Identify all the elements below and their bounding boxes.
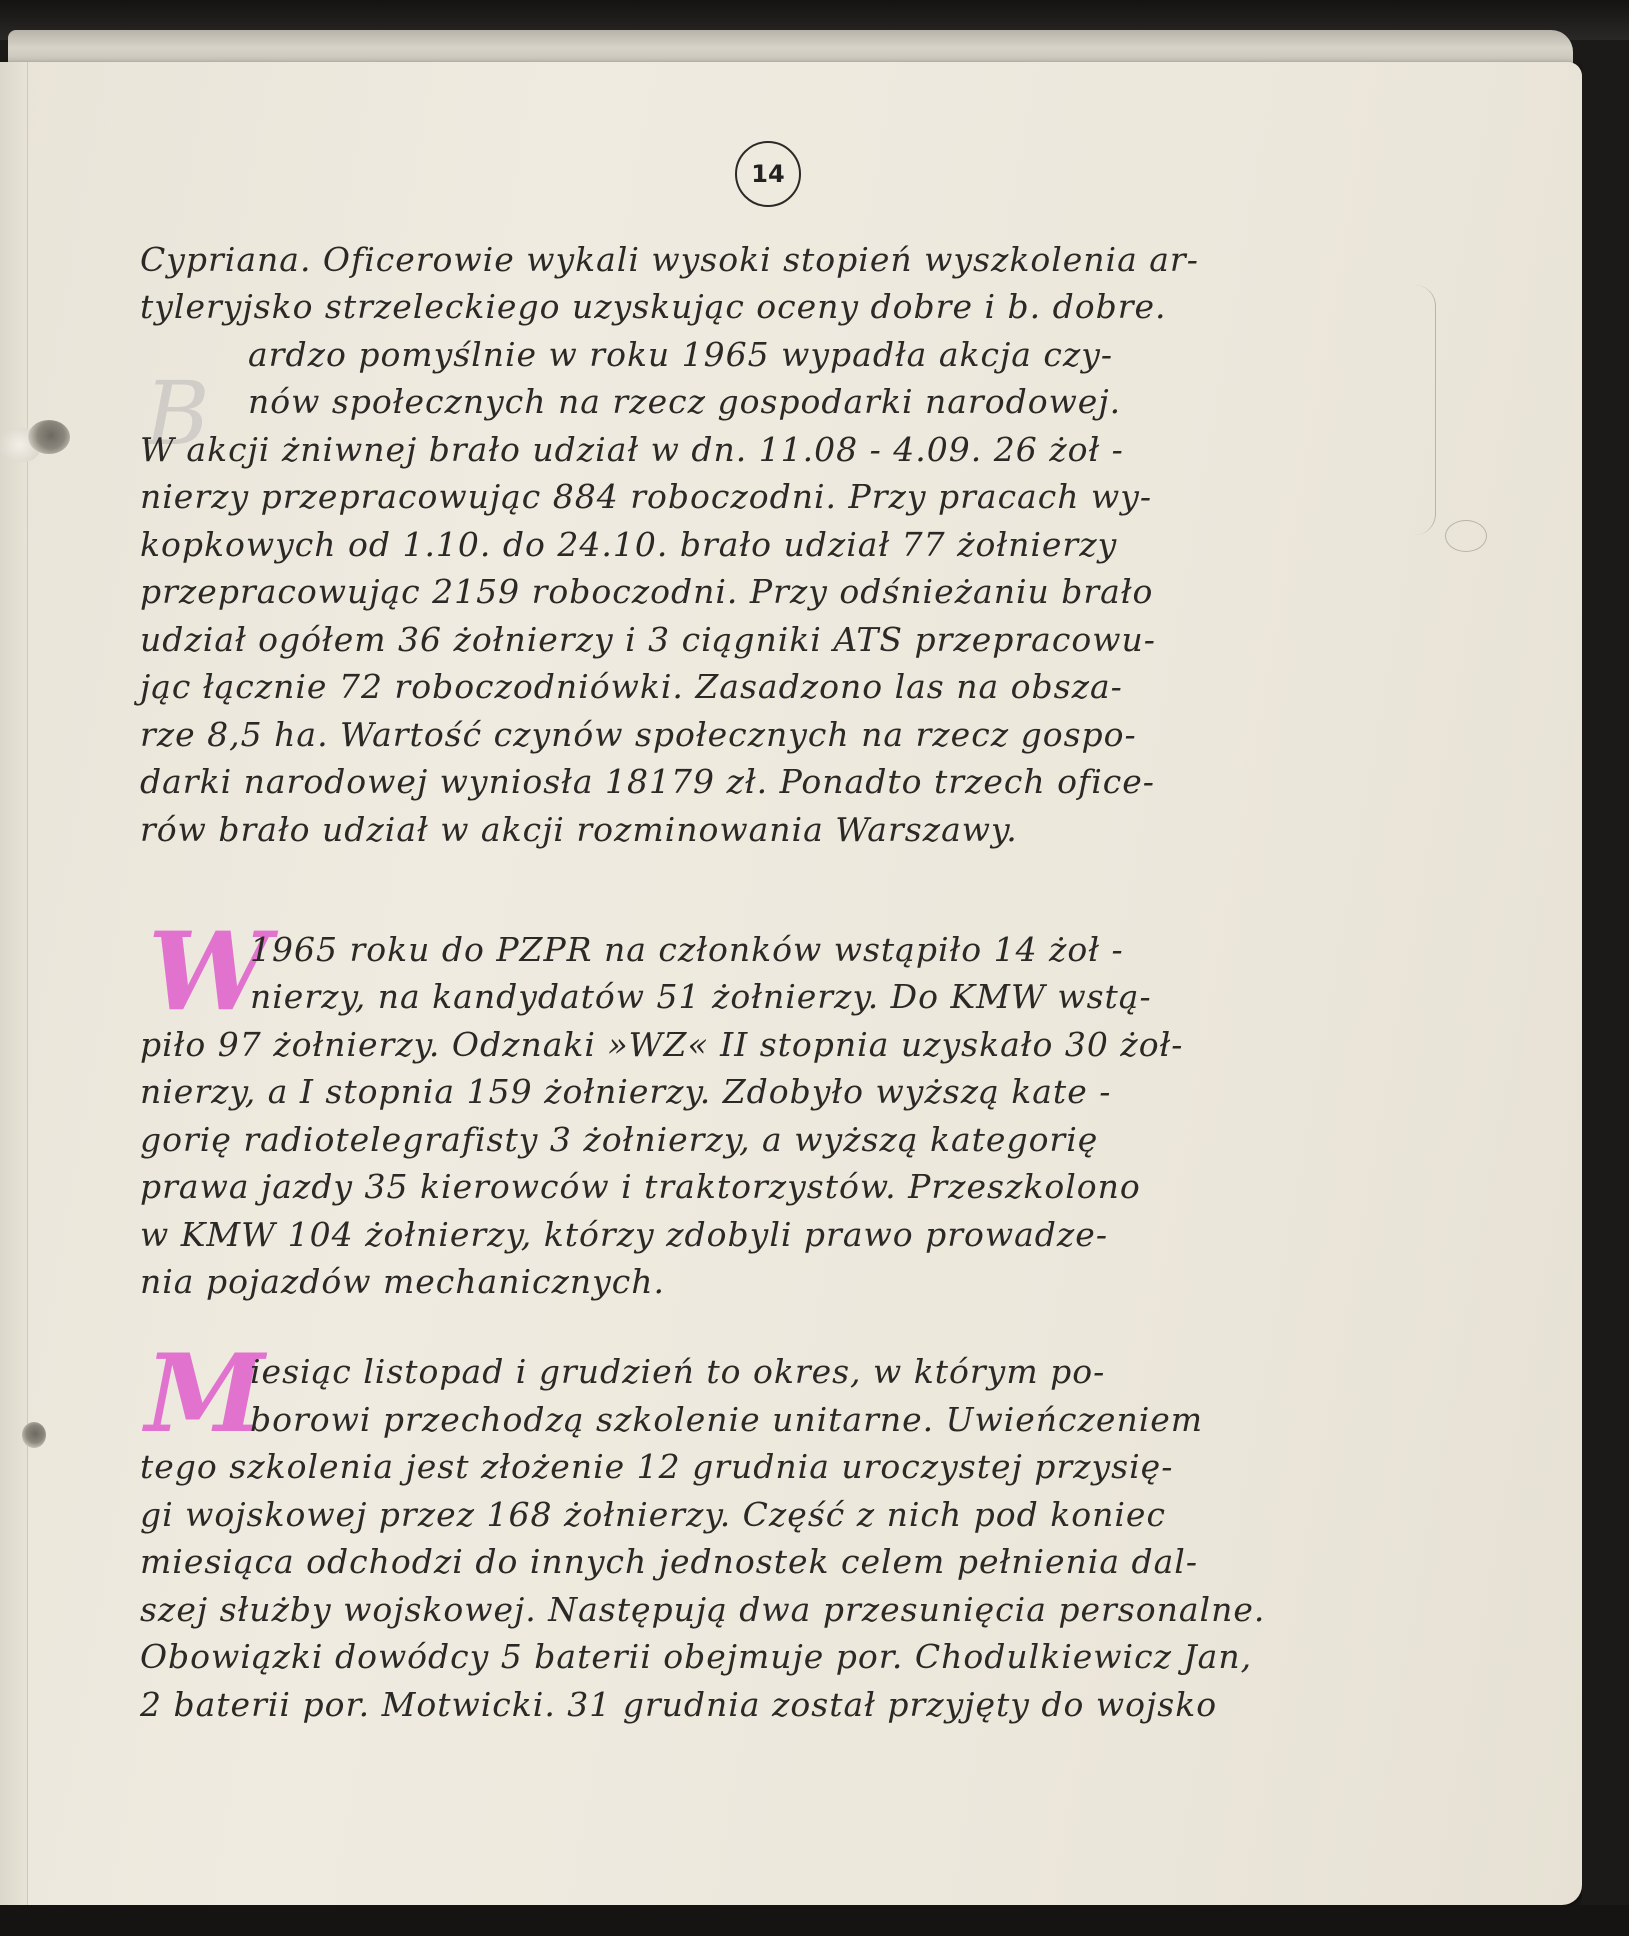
text-line: nierzy, na kandydatów 51 żołnierzy. Do K…: [250, 977, 1152, 1016]
punch-hole-top: [28, 420, 70, 454]
text-line: kopkowych od 1.10. do 24.10. brało udzia…: [140, 525, 1117, 564]
text-line: w KMW 104 żołnierzy, którzy zdobyli praw…: [140, 1215, 1108, 1254]
text-line: rze 8,5 ha. Wartość czynów społecznych n…: [140, 715, 1137, 754]
text-line: tego szkolenia jest złożenie 12 grudnia …: [140, 1447, 1173, 1486]
text-line: udział ogółem 36 żołnierzy i 3 ciągniki …: [140, 620, 1156, 659]
pencil-loop-mark: [1445, 520, 1487, 552]
text-line: 2 baterii por. Motwicki. 31 grudnia zost…: [140, 1685, 1217, 1724]
text-line: gorię radiotelegrafisty 3 żołnierzy, a w…: [140, 1120, 1098, 1159]
text-line: przepracowując 2159 roboczodni. Przy odś…: [140, 572, 1153, 611]
text-line: nia pojazdów mechanicznych.: [140, 1262, 665, 1301]
text-line: 1965 roku do PZPR na członków wstąpiło 1…: [250, 930, 1124, 969]
dark-background-bottom: [0, 1905, 1629, 1936]
text-line: jąc łącznie 72 roboczodniówki. Zasadzono…: [140, 667, 1123, 706]
dropcap-m: M: [145, 1340, 265, 1448]
text-line: Cypriana. Oficerowie wykali wysoki stopi…: [140, 240, 1199, 279]
text-line: W akcji żniwnej brało udział w dn. 11.08…: [140, 430, 1124, 469]
dark-background-right: [1582, 62, 1629, 1905]
text-line: borowi przechodzą szkolenie unitarne. Uw…: [250, 1400, 1203, 1439]
text-line: prawa jazdy 35 kierowców i traktorzystów…: [140, 1167, 1141, 1206]
text-line: nierzy, a I stopnia 159 żołnierzy. Zdoby…: [140, 1072, 1111, 1111]
pencil-bracket-mark: [1415, 285, 1436, 535]
text-line: nierzy przepracowując 884 roboczodni. Pr…: [140, 477, 1152, 516]
text-line: tyleryjsko strzeleckiego uzyskując oceny…: [140, 287, 1167, 326]
text-line: rów brało udział w akcji rozminowania Wa…: [140, 810, 1018, 849]
text-line: ardzo pomyślnie w roku 1965 wypadła akcj…: [248, 335, 1113, 374]
text-line: iesiąc listopad i grudzień to okres, w k…: [250, 1352, 1105, 1391]
punch-hole-bottom: [22, 1422, 46, 1448]
text-line: szej służby wojskowej. Następują dwa prz…: [140, 1590, 1265, 1629]
text-line: darki narodowej wyniosła 18179 zł. Ponad…: [140, 762, 1155, 801]
text-line: piło 97 żołnierzy. Odznaki »WZ« II stopn…: [140, 1025, 1183, 1064]
page-number: 14: [735, 141, 801, 207]
text-line: miesiąca odchodzi do innych jednostek ce…: [140, 1542, 1198, 1581]
text-line: gi wojskowej przez 168 żołnierzy. Część …: [140, 1495, 1166, 1534]
binding-strip: [0, 62, 28, 1905]
text-line: Obowiązki dowódcy 5 baterii obejmuje por…: [140, 1637, 1252, 1676]
text-line: nów społecznych na rzecz gospodarki naro…: [248, 382, 1121, 421]
